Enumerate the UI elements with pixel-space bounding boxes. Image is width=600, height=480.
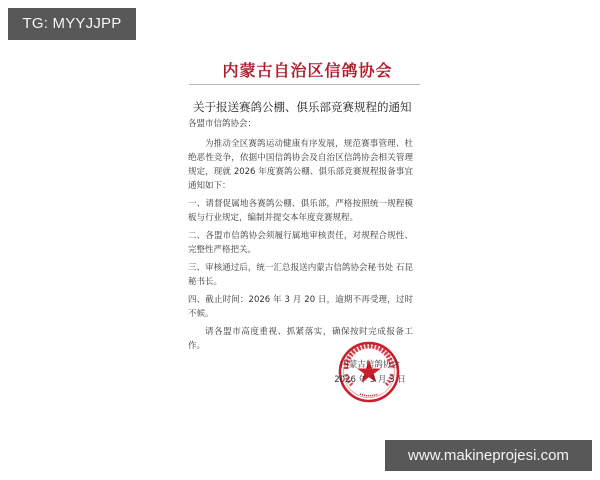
signature-block: 内蒙古信鸽协会 2026 年 3 月 3 日 bbox=[330, 358, 410, 388]
item-4-paragraph: 四、截止时间：2026 年 3 月 20 日，逾期不再受理，过时不候。 bbox=[188, 293, 413, 321]
org-letterhead: 内蒙古自治区信鸽协会 bbox=[195, 60, 420, 82]
item-1-paragraph: 一、请督促属地各赛鸽公棚、俱乐部，严格按照统一规程模板与行业规定，编制并提交本年… bbox=[188, 197, 413, 225]
signature-org: 内蒙古信鸽协会 bbox=[330, 358, 410, 373]
notice-document: 内蒙古自治区信鸽协会 关于报送赛鸽公棚、俱乐部竞赛规程的通知 各盟市信鸽协会： … bbox=[185, 60, 420, 353]
letterhead-divider bbox=[189, 84, 420, 85]
document-title: 关于报送赛鸽公棚、俱乐部竞赛规程的通知 bbox=[193, 99, 420, 115]
intro-paragraph: 为推动全区赛鸽运动健康有序发展，规范赛事管理、杜绝恶性竞争，依据中国信鸽协会及自… bbox=[188, 137, 413, 193]
item-2-paragraph: 二、各盟市信鸽协会须履行属地审核责任，对规程合规性、完整性严格把关。 bbox=[188, 229, 413, 257]
tg-watermark-label: TG: MYYJJPP bbox=[8, 8, 136, 40]
item-3-paragraph: 三、审核通过后，统一汇总报送内蒙古信鸽协会秘书处 石昆秘书长。 bbox=[188, 261, 413, 289]
signature-date: 2026 年 3 月 3 日 bbox=[330, 373, 410, 388]
salutation: 各盟市信鸽协会： bbox=[188, 118, 420, 131]
site-watermark-label: www.makineprojesi.com bbox=[385, 440, 592, 471]
